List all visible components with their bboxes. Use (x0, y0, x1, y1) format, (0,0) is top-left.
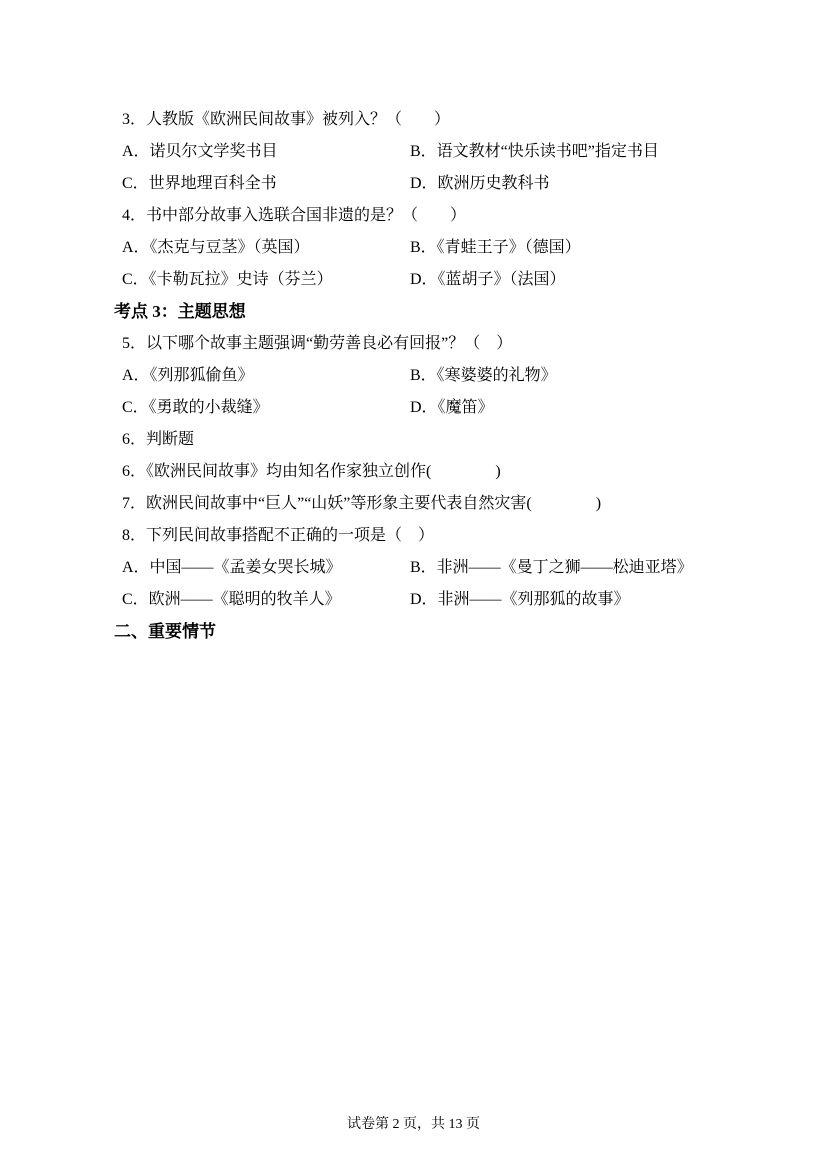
question-8: 8．下列民间故事搭配不正确的一项是（ ） (122, 520, 802, 552)
option-8-c: C．欧洲——《聪明的牧羊人》 (122, 584, 410, 616)
option-8-d: D．非洲——《列那狐的故事》 (410, 584, 630, 616)
options-row-8-ab: A．中国——《孟姜女哭长城》 B．非洲——《曼丁之狮——松迪亚塔》 (122, 552, 802, 584)
option-4-b: B．《青蛙王子》（德国） (410, 232, 581, 264)
options-row-3-ab: A．诺贝尔文学奖书目 B．语文教材“快乐读书吧”指定书目 (122, 136, 802, 168)
page-footer: 试卷第 2 页，共 13 页 (0, 1115, 827, 1135)
question-7-judgment: 7．欧洲民间故事中“巨人”“山妖”等形象主要代表自然灾害( ) (122, 488, 802, 520)
label-judgment-questions: 6．判断题 (122, 424, 802, 456)
option-4-d: D．《蓝胡子》（法国） (410, 264, 566, 296)
exam-paper-page: 3．人教版《欧洲民间故事》被列入？（ ） A．诺贝尔文学奖书目 B．语文教材“快… (0, 0, 827, 1169)
question-6-judgment: 6．《欧洲民间故事》均由知名作家独立创作( ) (122, 456, 802, 488)
option-3-a: A．诺贝尔文学奖书目 (122, 136, 410, 168)
option-5-c: C．《勇敢的小裁缝》 (122, 392, 410, 424)
options-row-4-ab: A．《杰克与豆茎》（英国） B．《青蛙王子》（德国） (122, 232, 802, 264)
options-row-8-cd: C．欧洲——《聪明的牧羊人》 D．非洲——《列那狐的故事》 (122, 584, 802, 616)
options-row-4-cd: C．《卡勒瓦拉》史诗（芬兰） D．《蓝胡子》（法国） (122, 264, 802, 296)
option-3-d: D．欧洲历史教科书 (410, 168, 550, 200)
heading-section-2: 二、重要情节 (114, 616, 802, 648)
question-4: 4．书中部分故事入选联合国非遗的是？（ ） (122, 200, 802, 232)
question-area: 3．人教版《欧洲民间故事》被列入？（ ） A．诺贝尔文学奖书目 B．语文教材“快… (122, 104, 802, 648)
option-5-a: A．《列那狐偷鱼》 (122, 360, 410, 392)
options-row-5-ab: A．《列那狐偷鱼》 B．《寒婆婆的礼物》 (122, 360, 802, 392)
option-5-b: B．《寒婆婆的礼物》 (410, 360, 557, 392)
option-4-c: C．《卡勒瓦拉》史诗（芬兰） (122, 264, 410, 296)
heading-kaodian-3: 考点 3：主题思想 (114, 296, 802, 328)
option-3-c: C．世界地理百科全书 (122, 168, 410, 200)
option-8-b: B．非洲——《曼丁之狮——松迪亚塔》 (410, 552, 693, 584)
option-3-b: B．语文教材“快乐读书吧”指定书目 (410, 136, 659, 168)
option-4-a: A．《杰克与豆茎》（英国） (122, 232, 410, 264)
question-3: 3．人教版《欧洲民间故事》被列入？（ ） (122, 104, 802, 136)
question-5: 5．以下哪个故事主题强调“勤劳善良必有回报”？（ ） (122, 328, 802, 360)
option-5-d: D．《魔笛》 (410, 392, 494, 424)
options-row-5-cd: C．《勇敢的小裁缝》 D．《魔笛》 (122, 392, 802, 424)
option-8-a: A．中国——《孟姜女哭长城》 (122, 552, 410, 584)
options-row-3-cd: C．世界地理百科全书 D．欧洲历史教科书 (122, 168, 802, 200)
